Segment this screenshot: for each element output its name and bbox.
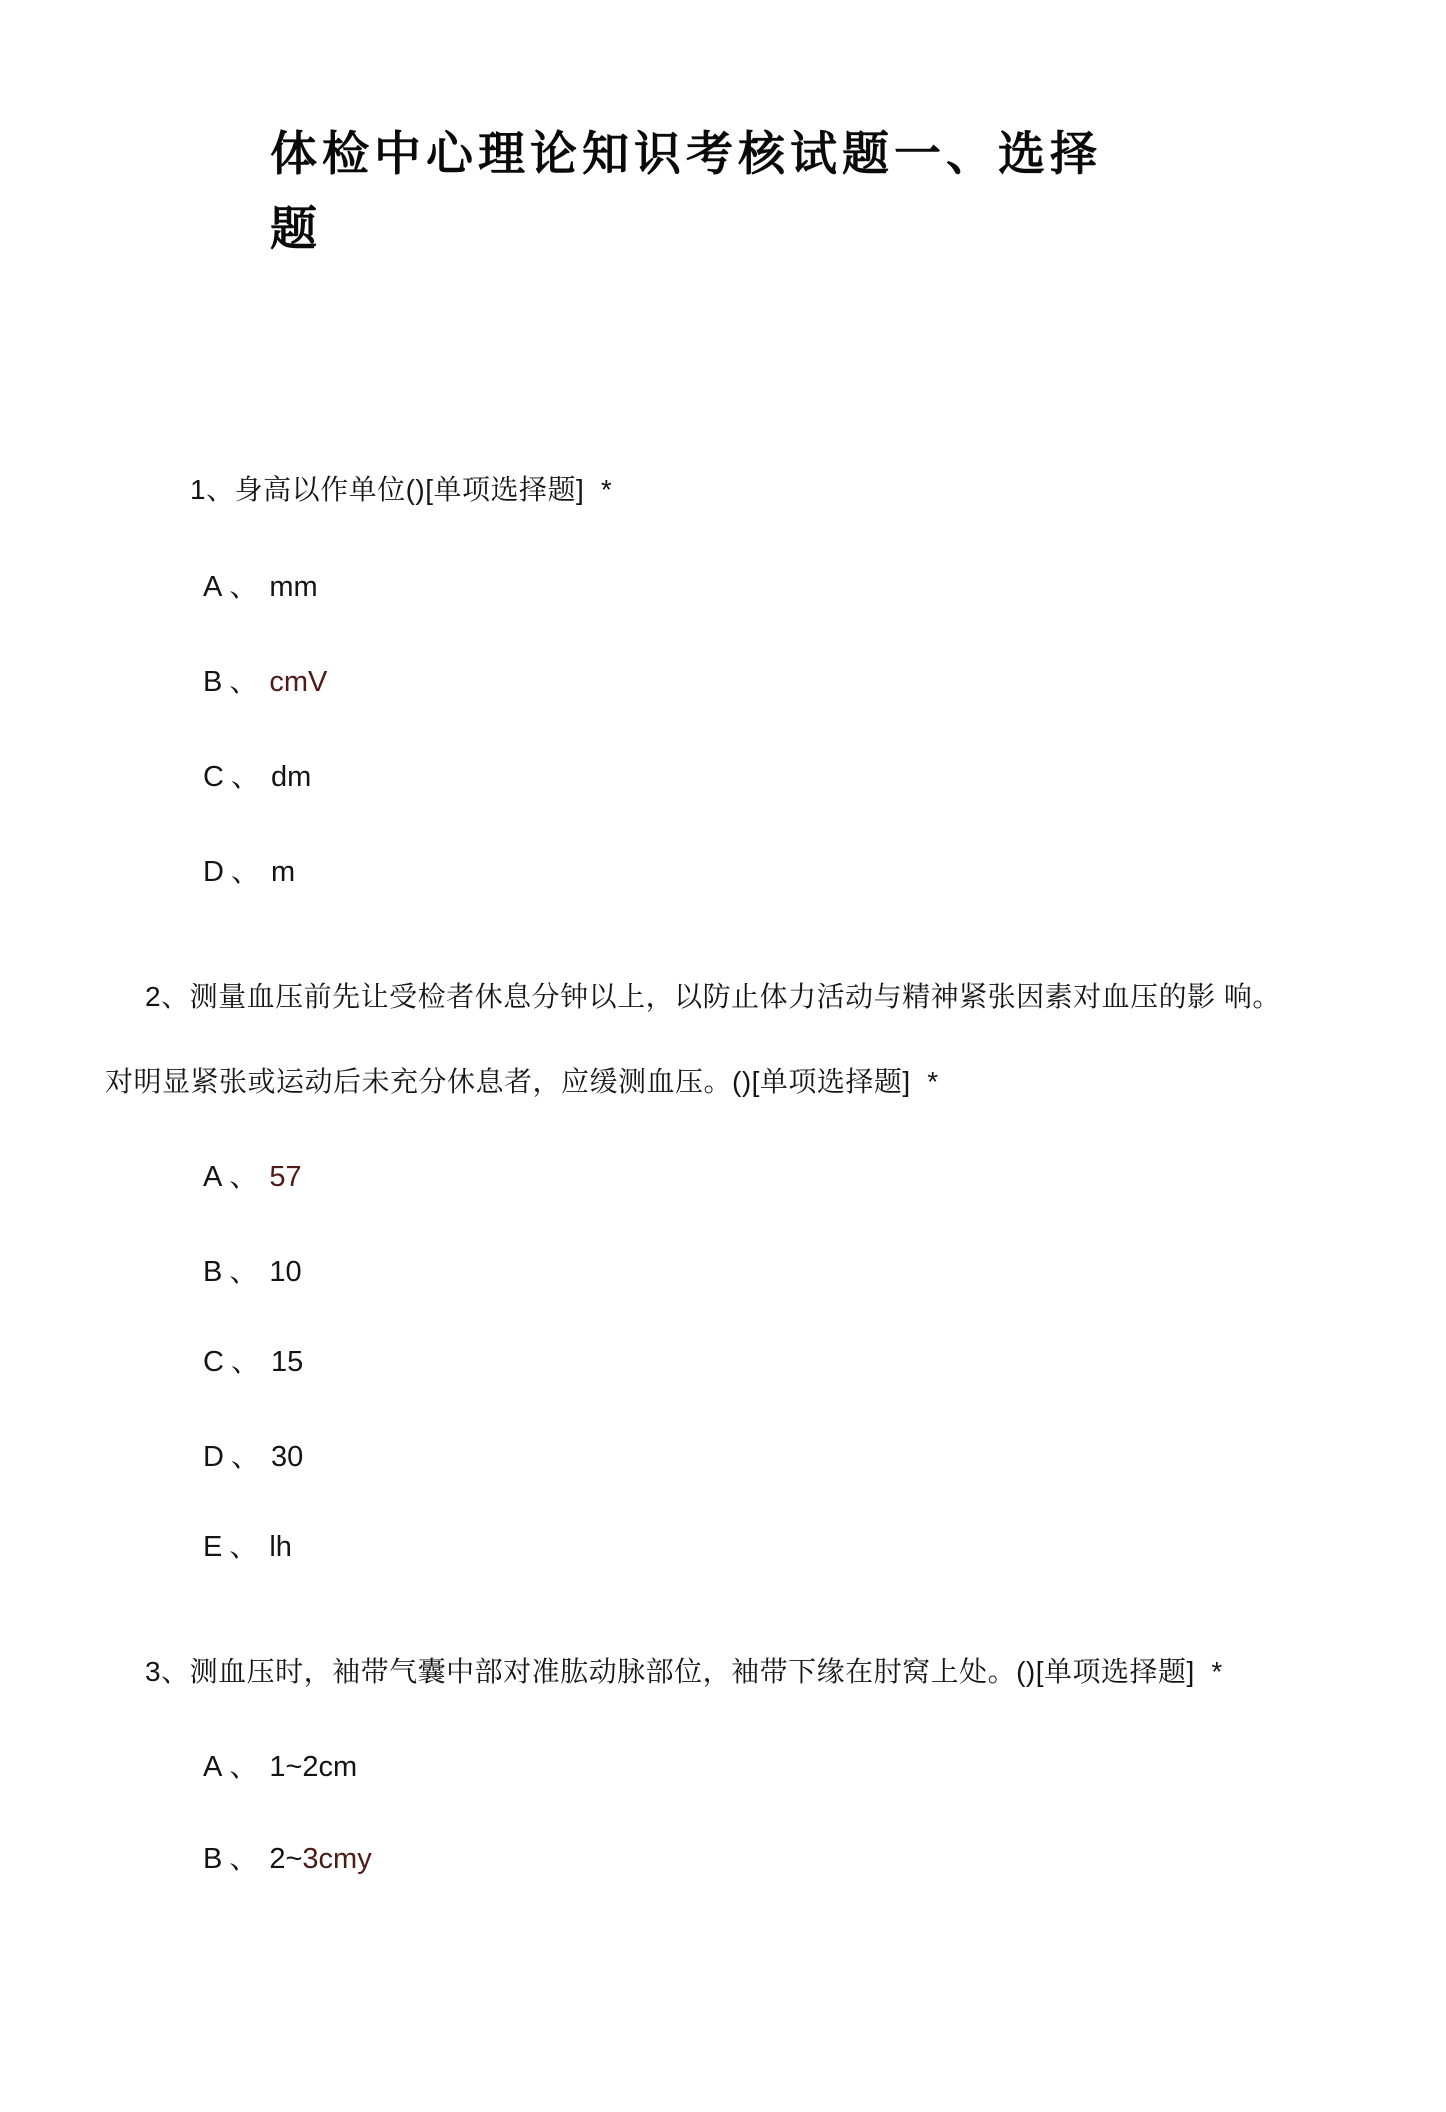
question-2-text-line-1: 2、测量血压前先让受检者休息分钟以上，以防止体力活动与精神紧张因素对血压的影 响… [145, 980, 1281, 1014]
option-label: A、 [203, 1751, 265, 1783]
option-text: mm [269, 571, 317, 603]
option-text: m [271, 856, 295, 888]
option-label: B、 [203, 1256, 265, 1288]
question-3-text: 3、测血压时，袖带气囊中部对准肱动脉部位，袖带下缘在肘窝上处。()[单项选择题]… [145, 1655, 1223, 1689]
option-answer-text: 57 [269, 1161, 301, 1193]
option-label: B、 [203, 666, 265, 698]
question-2-option-d: D、30 [203, 1440, 303, 1474]
question-2-option-e: E、lh [203, 1530, 292, 1564]
option-label: E、 [203, 1531, 265, 1563]
option-label: C、 [203, 761, 267, 793]
page-title-line-2: 题 [270, 203, 322, 255]
question-2-text-line-2: 对明显紧张或运动后未充分休息者，应缓测血压。()[单项选择题] * [105, 1065, 939, 1099]
question-1-option-b: B、cmV [203, 665, 327, 699]
question-3-option-a: A、1~2cm [203, 1750, 357, 1784]
question-1-option-a: A、mm [203, 570, 318, 604]
option-text: 10 [269, 1256, 301, 1288]
question-2-option-c: C、15 [203, 1345, 303, 1379]
option-label: A、 [203, 571, 265, 603]
option-text: 30 [271, 1441, 303, 1473]
option-label: B、 [203, 1843, 265, 1875]
option-label: A、 [203, 1161, 265, 1193]
option-label: C、 [203, 1346, 267, 1378]
option-answer-text: 3cmy [302, 1843, 371, 1875]
question-1-option-c: C、dm [203, 760, 311, 794]
option-text: 15 [271, 1346, 303, 1378]
option-answer-text: cmV [269, 666, 327, 698]
question-3-option-b: B、2~3cmy [203, 1842, 372, 1876]
question-2-option-a: A、57 [203, 1160, 302, 1194]
question-1-option-d: D、m [203, 855, 295, 889]
question-1-text: 1、身高以作单位()[单项选择题] * [190, 473, 612, 507]
page-title-line-1: 体检中心理论知识考核试题一、选择 [270, 128, 1102, 180]
option-text: lh [269, 1531, 292, 1563]
option-label: D、 [203, 856, 267, 888]
exam-document-page: 体检中心理论知识考核试题一、选择 题 1、身高以作单位()[单项选择题] * A… [0, 0, 1446, 2112]
option-text: dm [271, 761, 311, 793]
question-2-option-b: B、10 [203, 1255, 302, 1289]
option-text: 1~2cm [269, 1751, 357, 1783]
option-text: 2~ [269, 1843, 302, 1875]
option-label: D、 [203, 1441, 267, 1473]
